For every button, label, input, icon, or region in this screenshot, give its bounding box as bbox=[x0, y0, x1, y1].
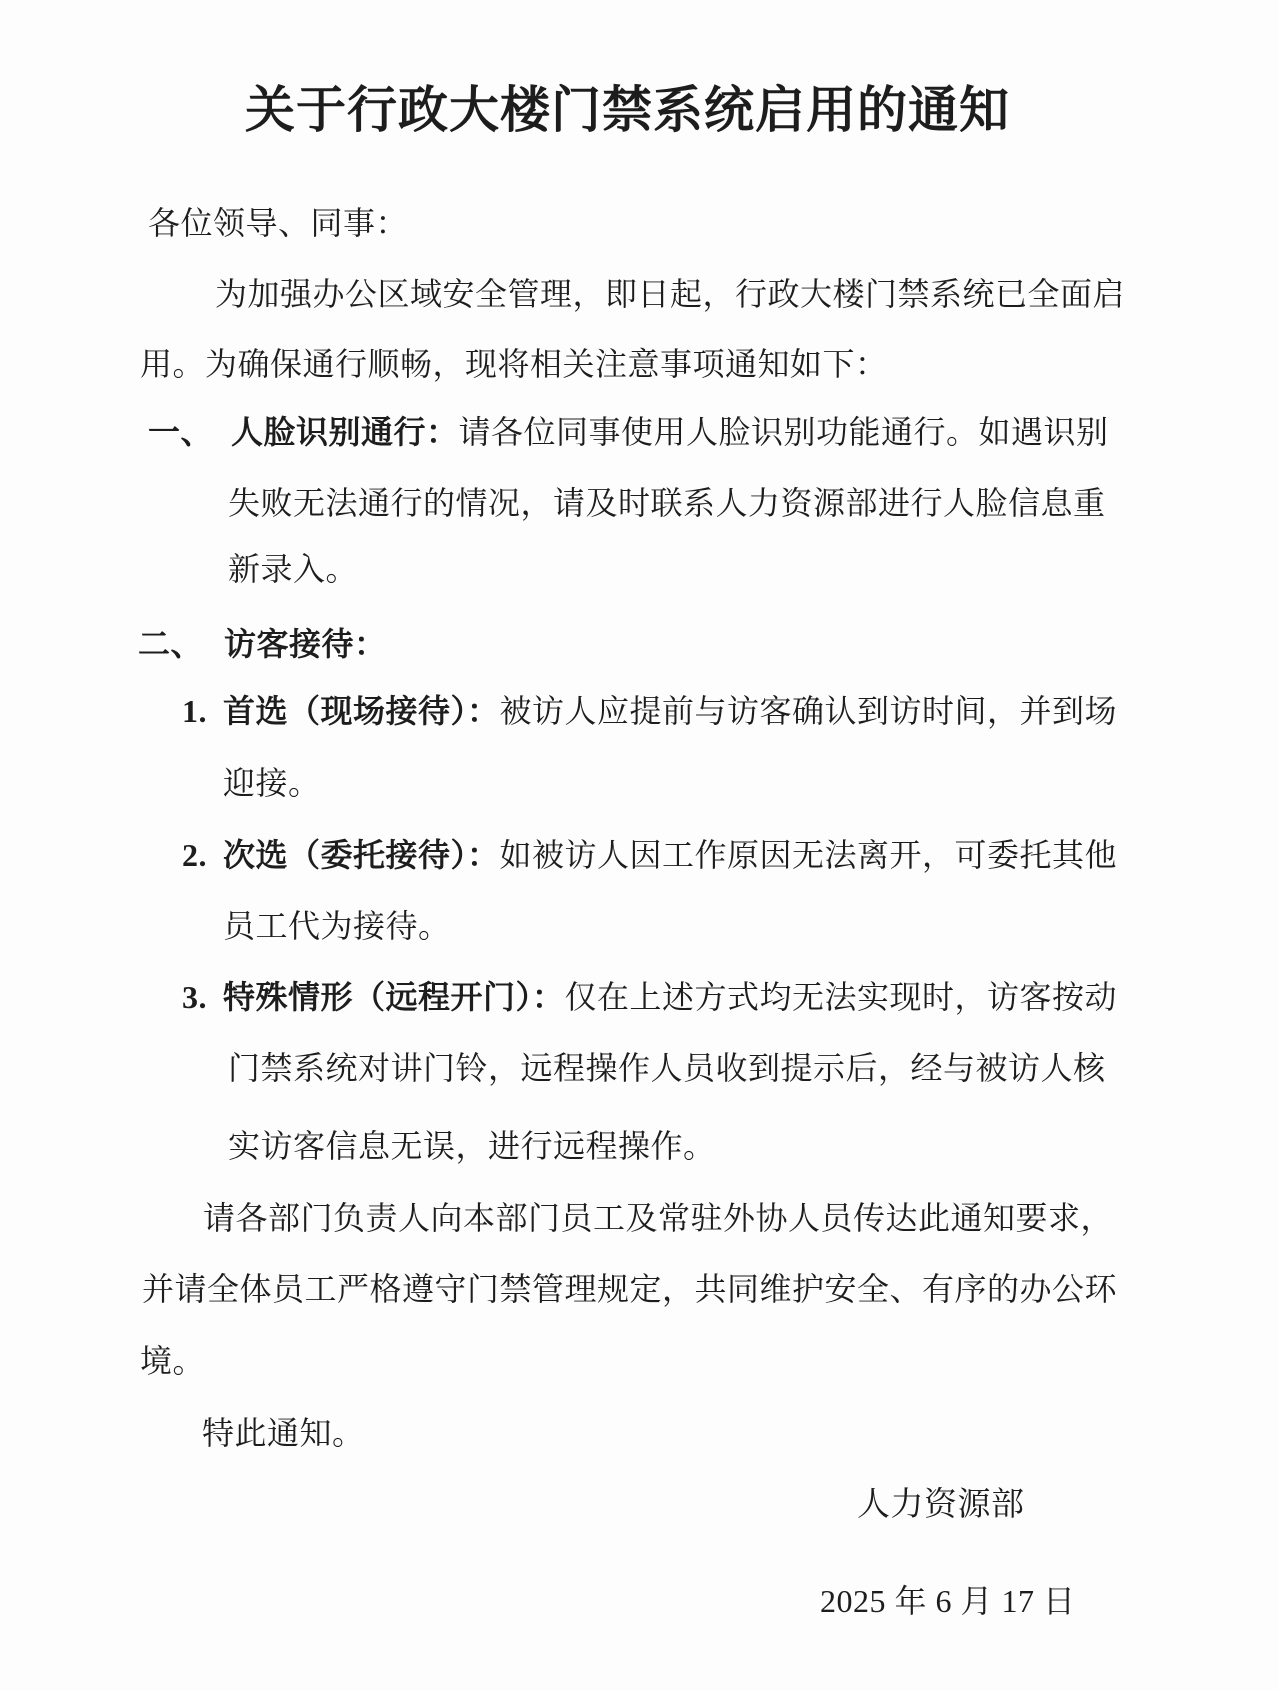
text-segment: 各位领导、同事： bbox=[148, 205, 408, 241]
document-line: 境。 bbox=[140, 1342, 205, 1380]
document-line: 3.特殊情形（远程开门）：仅在上述方式均无法实现时，访客按动 bbox=[182, 978, 1117, 1016]
document-line: 为加强办公区域安全管理，即日起，行政大楼门禁系统已全面启 bbox=[215, 275, 1125, 313]
bold-text-segment: 2. bbox=[182, 837, 207, 873]
document-line: 请各部门负责人向本部门员工及常驻外协人员传达此通知要求， bbox=[203, 1199, 1113, 1237]
document-title: 关于行政大楼门禁系统启用的通知 bbox=[0, 82, 1267, 138]
text-segment: 被访人应提前与访客确认到访时间，并到场 bbox=[500, 693, 1118, 729]
text-segment: 如被访人因工作原因无法离开，可委托其他 bbox=[500, 837, 1118, 873]
bold-text-segment: 3. bbox=[182, 979, 207, 1015]
text-segment: 门禁系统对讲门铃，远程操作人员收到提示后，经与被访人核 bbox=[228, 1050, 1106, 1086]
bold-text-segment: 一、 bbox=[148, 414, 213, 450]
text-segment: 新录入。 bbox=[228, 551, 358, 587]
bold-text-segment: 访客接待： bbox=[224, 626, 387, 662]
text-segment: 迎接。 bbox=[223, 765, 321, 801]
document-line: 各位领导、同事： bbox=[148, 204, 408, 242]
document-line: 并请全体员工严格遵守门禁管理规定，共同维护安全、有序的办公环 bbox=[142, 1270, 1117, 1308]
text-segment: 为加强办公区域安全管理，即日起，行政大楼门禁系统已全面启 bbox=[215, 276, 1125, 312]
text-segment: 并请全体员工严格遵守门禁管理规定，共同维护安全、有序的办公环 bbox=[142, 1271, 1117, 1307]
document-line: 失败无法通行的情况，请及时联系人力资源部进行人脸信息重 bbox=[228, 484, 1106, 522]
text-segment: 员工代为接待。 bbox=[223, 908, 451, 944]
document-line: 2.次选（委托接待）：如被访人因工作原因无法离开，可委托其他 bbox=[182, 836, 1117, 874]
text-segment: 特此通知。 bbox=[202, 1415, 365, 1451]
document-line: 用。为确保通行顺畅，现将相关注意事项通知如下： bbox=[140, 345, 888, 383]
document-line: 实访客信息无误，进行远程操作。 bbox=[228, 1127, 716, 1165]
text-segment: 境。 bbox=[140, 1343, 205, 1379]
document-line: 门禁系统对讲门铃，远程操作人员收到提示后，经与被访人核 bbox=[228, 1049, 1106, 1087]
document-line: 二、访客接待： bbox=[138, 625, 387, 663]
text-segment: 请各位同事使用人脸识别功能通行。如遇识别 bbox=[459, 414, 1109, 450]
bold-text-segment: 二、 bbox=[138, 626, 203, 662]
document-line: 一、人脸识别通行：请各位同事使用人脸识别功能通行。如遇识别 bbox=[148, 413, 1109, 451]
text-segment: 用。为确保通行顺畅，现将相关注意事项通知如下： bbox=[140, 346, 888, 382]
document-line: 新录入。 bbox=[228, 550, 358, 588]
text-segment: 请各部门负责人向本部门员工及常驻外协人员传达此通知要求， bbox=[203, 1200, 1113, 1236]
bold-text-segment: 特殊情形（远程开门）： bbox=[223, 979, 565, 1015]
document-line: 1.首选（现场接待）：被访人应提前与访客确认到访时间，并到场 bbox=[182, 692, 1117, 730]
text-segment: 失败无法通行的情况，请及时联系人力资源部进行人脸信息重 bbox=[228, 485, 1106, 521]
bold-text-segment: 次选（委托接待）： bbox=[223, 837, 500, 873]
bold-text-segment: 首选（现场接待）： bbox=[223, 693, 500, 729]
document-line: 迎接。 bbox=[223, 764, 321, 802]
bold-text-segment: 人脸识别通行： bbox=[231, 414, 459, 450]
signature: 人力资源部 bbox=[857, 1486, 1025, 1524]
notice-document: 关于行政大楼门禁系统启用的通知 各位领导、同事：为加强办公区域安全管理，即日起，… bbox=[0, 0, 1279, 1691]
bold-text-segment: 1. bbox=[182, 693, 207, 729]
document-line: 员工代为接待。 bbox=[223, 907, 451, 945]
text-segment: 实访客信息无误，进行远程操作。 bbox=[228, 1128, 716, 1164]
document-line: 特此通知。 bbox=[202, 1414, 365, 1452]
text-segment: 仅在上述方式均无法实现时，访客按动 bbox=[565, 979, 1118, 1015]
date: 2025 年 6 月 17 日 bbox=[820, 1582, 1076, 1620]
